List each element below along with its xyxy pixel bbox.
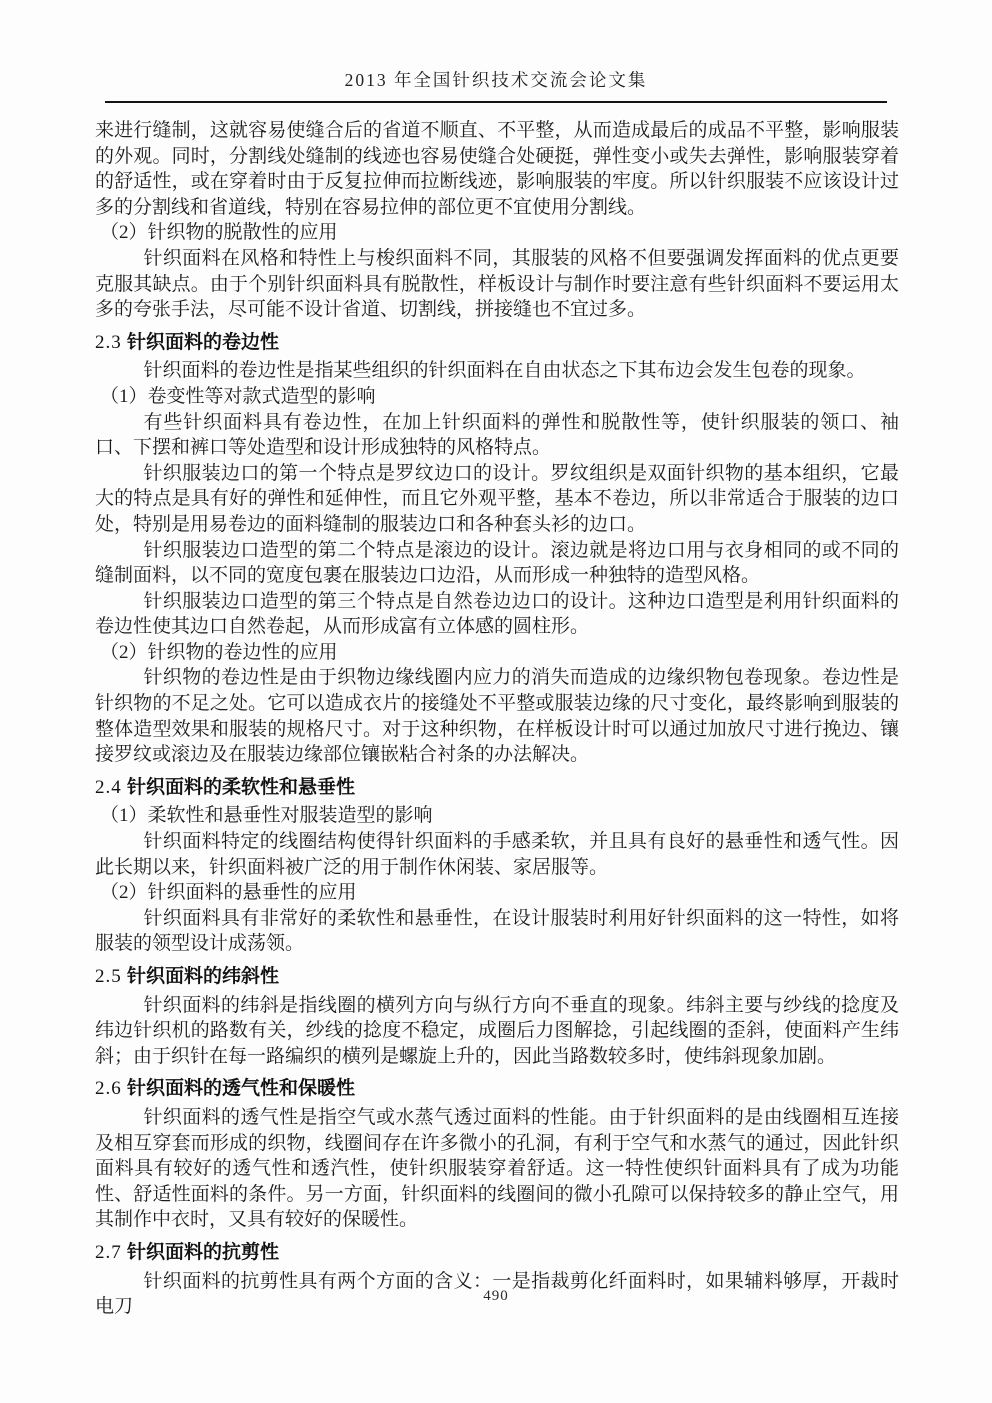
paragraph: 针织物的卷边性是由于织物边缘线圈内应力的消失而造成的边缘织物包卷现象。卷边性是针… [95,665,899,767]
page: 2013 年全国针织技术交流会论文集 来进行缝制，这就容易使缝合后的省道不顺直、… [0,0,992,1403]
section-title: 针织面料的柔软性和悬垂性 [127,777,355,798]
section-number: 2.6 [95,1078,122,1099]
page-number: 490 [483,1288,509,1304]
paragraph: 针织服装边口造型的第二个特点是滚边的设计。滚边就是将边口用与衣身相同的或不同的缝… [95,538,899,589]
section-title: 针织面料的卷边性 [127,332,279,353]
section-title: 针织面料的纬斜性 [127,966,279,987]
paragraph: 来进行缝制，这就容易使缝合后的省道不顺直、不平整，从而造成最后的成品不平整，影响… [95,118,899,220]
section-title: 针织面料的透气性和保暖性 [127,1078,355,1099]
list-item: （2）针织面料的悬垂性的应用 [95,880,899,906]
list-item: （1）卷变性等对款式造型的影响 [95,384,899,410]
paragraph: 针织面料在风格和特性上与梭织面料不同，其服装的风格不但要强调发挥面料的优点更要克… [95,246,899,323]
section-heading: 2.6 针织面料的透气性和保暖性 [95,1076,899,1102]
paragraph: 针织面料具有非常好的柔软性和悬垂性，在设计服装时利用好针织面料的这一特性，如将服… [95,906,899,957]
section-number: 2.7 [95,1242,122,1263]
paragraph: 有些针织面料具有卷边性，在加上针织面料的弹性和脱散性等，使针织服装的领口、袖口、… [95,410,899,461]
section-number: 2.5 [95,966,122,987]
section-title: 针织面料的抗剪性 [127,1242,279,1263]
section-heading: 2.7 针织面料的抗剪性 [95,1240,899,1266]
section-number: 2.3 [95,332,122,353]
list-item: （1）柔软性和悬垂性对服装造型的影响 [95,803,899,829]
header-title: 2013 年全国针织技术交流会论文集 [345,70,648,90]
paragraph: 针织面料的纬斜是指线圈的横列方向与纵行方向不垂直的现象。纬斜主要与纱线的捻度及纬… [95,993,899,1070]
section-number: 2.4 [95,777,122,798]
paragraph: 针织面料的卷边性是指某些组织的针织面料在自由状态之下其布边会发生包卷的现象。 [95,358,899,384]
list-item: （2）针织物的脱散性的应用 [95,220,899,246]
section-heading: 2.5 针织面料的纬斜性 [95,964,899,990]
section-heading: 2.3 针织面料的卷边性 [95,330,899,356]
paragraph: 针织服装边口的第一个特点是罗纹边口的设计。罗纹组织是双面针织物的基本组织，它最大… [95,461,899,538]
paragraph: 针织服装边口造型的第三个特点是自然卷边边口的设计。这种边口造型是利用针织面料的卷… [95,589,899,640]
list-item: （2）针织物的卷边性的应用 [95,640,899,666]
paragraph: 针织面料的透气性是指空气或水蒸气透过面料的性能。由于针织面料的是由线圈相互连接及… [95,1105,899,1233]
page-body: 来进行缝制，这就容易使缝合后的省道不顺直、不平整，从而造成最后的成品不平整，影响… [0,103,992,1320]
page-footer: 490 [0,1288,992,1305]
page-header: 2013 年全国针织技术交流会论文集 [0,0,992,92]
section-heading: 2.4 针织面料的柔软性和悬垂性 [95,775,899,801]
paragraph: 针织面料特定的线圈结构使得针织面料的手感柔软，并且具有良好的悬垂性和透气性。因此… [95,829,899,880]
